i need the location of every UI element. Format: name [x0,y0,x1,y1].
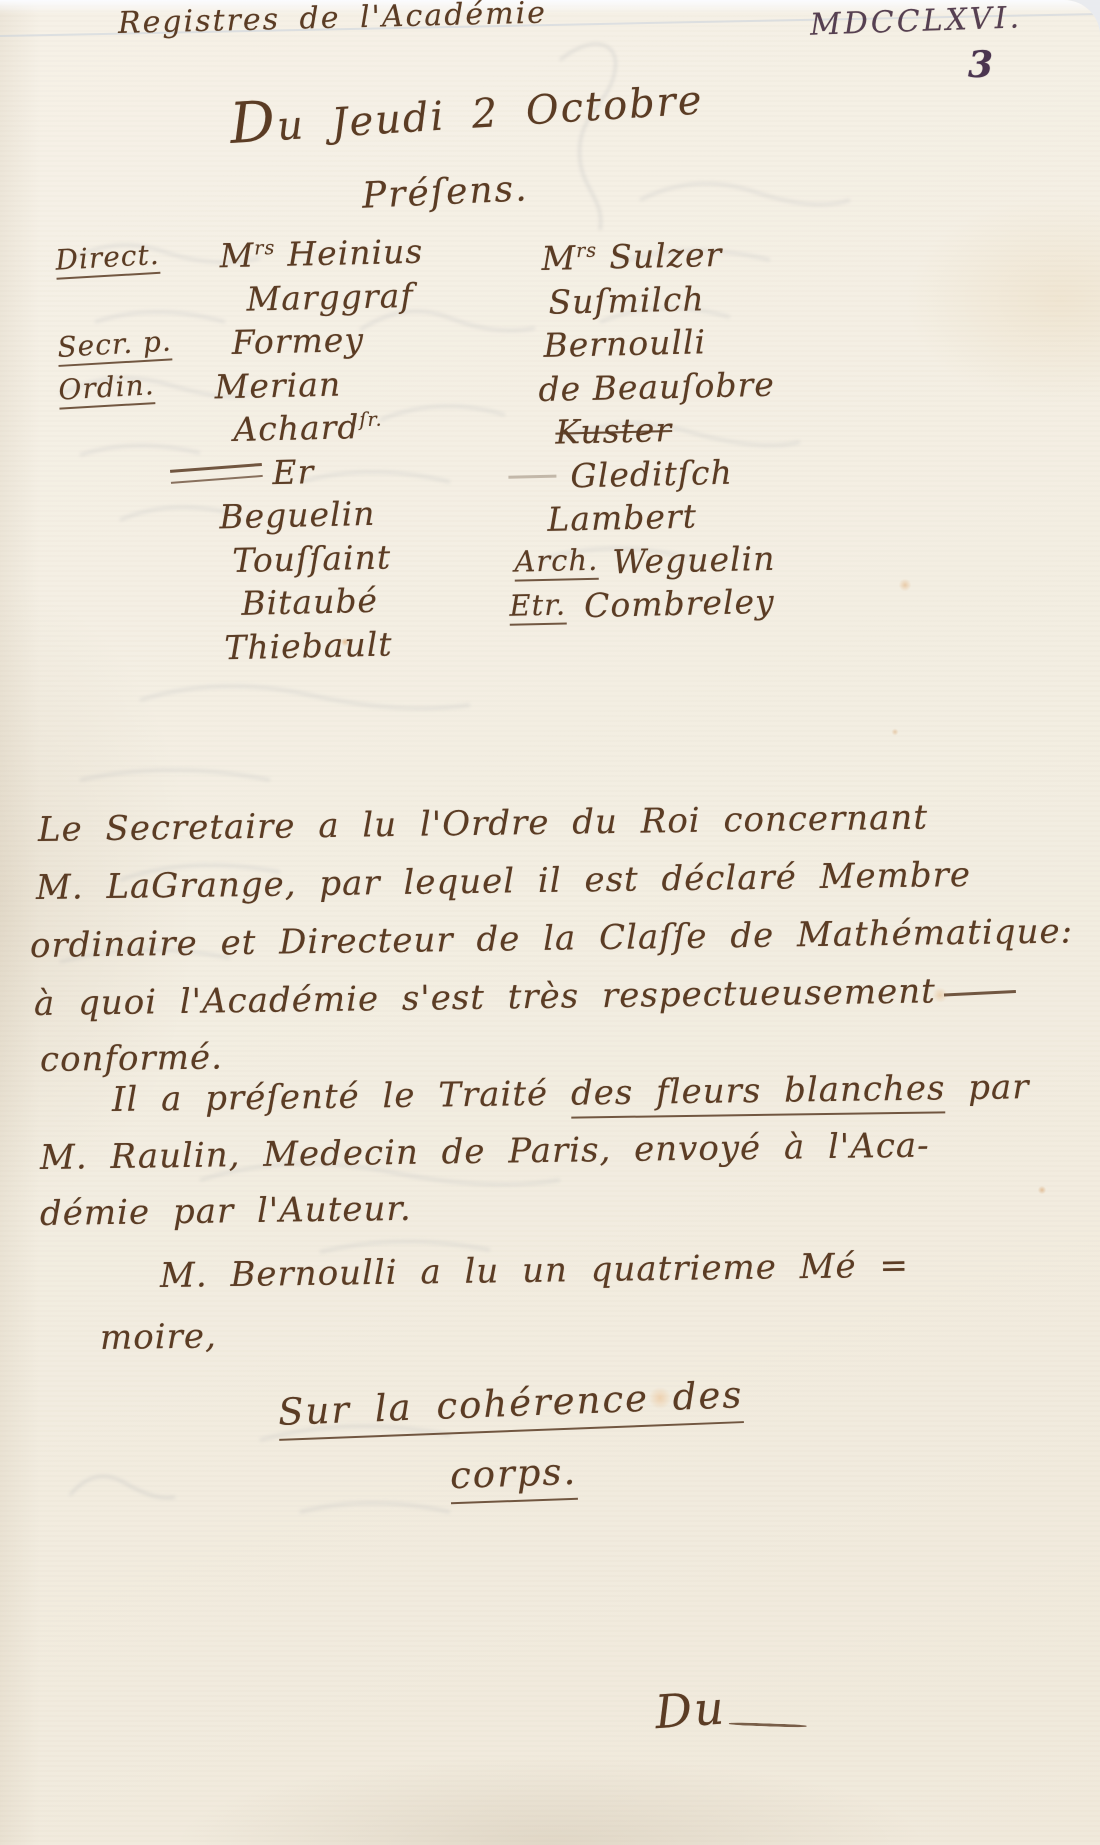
attendee-name: Suſmilch [548,279,705,322]
margin-label-empty [64,648,212,651]
margin-label-etr: Etr. [509,587,567,625]
attendee-name: Combreley [584,582,775,625]
entry-line: M. LaGrange, par lequel il est déclaré M… [36,855,972,908]
margin-label-empty [62,561,210,564]
attendee-name: Lambert [547,497,697,539]
year-roman: MDCCLXVI. [809,0,1022,42]
margin-label-arch: Arch. [514,543,599,582]
attendee-name: Touſſaint [232,537,392,580]
margin-label-empty [59,430,207,433]
margin-label-secr: Secr. p. [57,324,173,367]
attendee-name: Heinius [287,232,424,274]
entry-line: Il a préſenté le Traité des fleurs blanc… [112,1067,1030,1120]
honorific-prefix: Mrs [219,235,276,275]
entry-line: démie par l'Auteur. [40,1189,412,1234]
attendee-name: Kuster [555,410,673,452]
session-date: Du Jeudi 2 Octobre [228,62,705,157]
entry-line: Le Secretaire a lu l'Ordre du Roi concer… [38,798,929,850]
running-title: Registres de l'Académie [118,0,548,41]
attendee-name: Formey [231,320,364,362]
attendee-name: Bitaubé [241,581,379,623]
attendee-name: Er [272,452,315,492]
attendee-name: Achardſr. [233,407,383,449]
catchword: Du [653,1675,807,1739]
memoir-title-line: Sur la cohérence des [277,1373,744,1434]
attendee-name: Marggraf [246,276,414,319]
attendee-name: Weguelin [612,538,776,581]
margin-label-empty [63,604,211,607]
margin-label-empty [56,300,204,303]
manuscript-page: Registres de l'Académie MDCCLXVI. 3 Du J… [0,0,1100,1845]
entry-line: conformé. [40,1037,223,1080]
attendance-left-column: Direct. Mrs Heinius Marggraf Secr. p. Fo… [55,228,495,673]
page-number: 3 [968,44,993,86]
presens-heading: Préſens. [361,168,529,217]
entry-line: à quoi l'Académie s'est très respectueus… [34,970,1016,1024]
flourish-dash [944,990,1016,997]
underlined-book-title: des fleurs blanches [571,1068,946,1118]
attendee-name: Gleditſch [570,452,733,495]
dash-stroke [508,474,556,478]
entry-line: moire, [100,1316,217,1358]
memoir-title-line: corps. [449,1450,578,1497]
margin-label-direct: Direct. [55,237,161,279]
attendee-name: Merian [214,364,341,406]
dash-stroke [170,463,263,484]
margin-label-ordin: Ordin. [57,368,155,409]
attendee-name: de Beauſobre [538,364,775,408]
attendee-name: Bernoulli [543,322,706,365]
entry-line: M. Raulin, Medecin de Paris, envoyé à l'… [40,1126,930,1178]
margin-label-empty [61,517,209,520]
attendee-name: Thiebault [224,624,393,667]
entry-line: ordinaire et Directeur de la Claſſe de M… [30,911,1074,966]
attendee-name: Beguelin [219,494,376,537]
attendee-row: Thiebault [64,620,495,673]
attendance-right-column: Mrs Sulzer Suſmilch Bernoulli de Beauſob… [495,225,1064,629]
attendee-name: Sulzer [609,235,723,277]
entry-line: M. Bernoulli a lu un quatrieme Mé = [160,1246,909,1296]
honorific-prefix: Mrs [541,238,598,278]
